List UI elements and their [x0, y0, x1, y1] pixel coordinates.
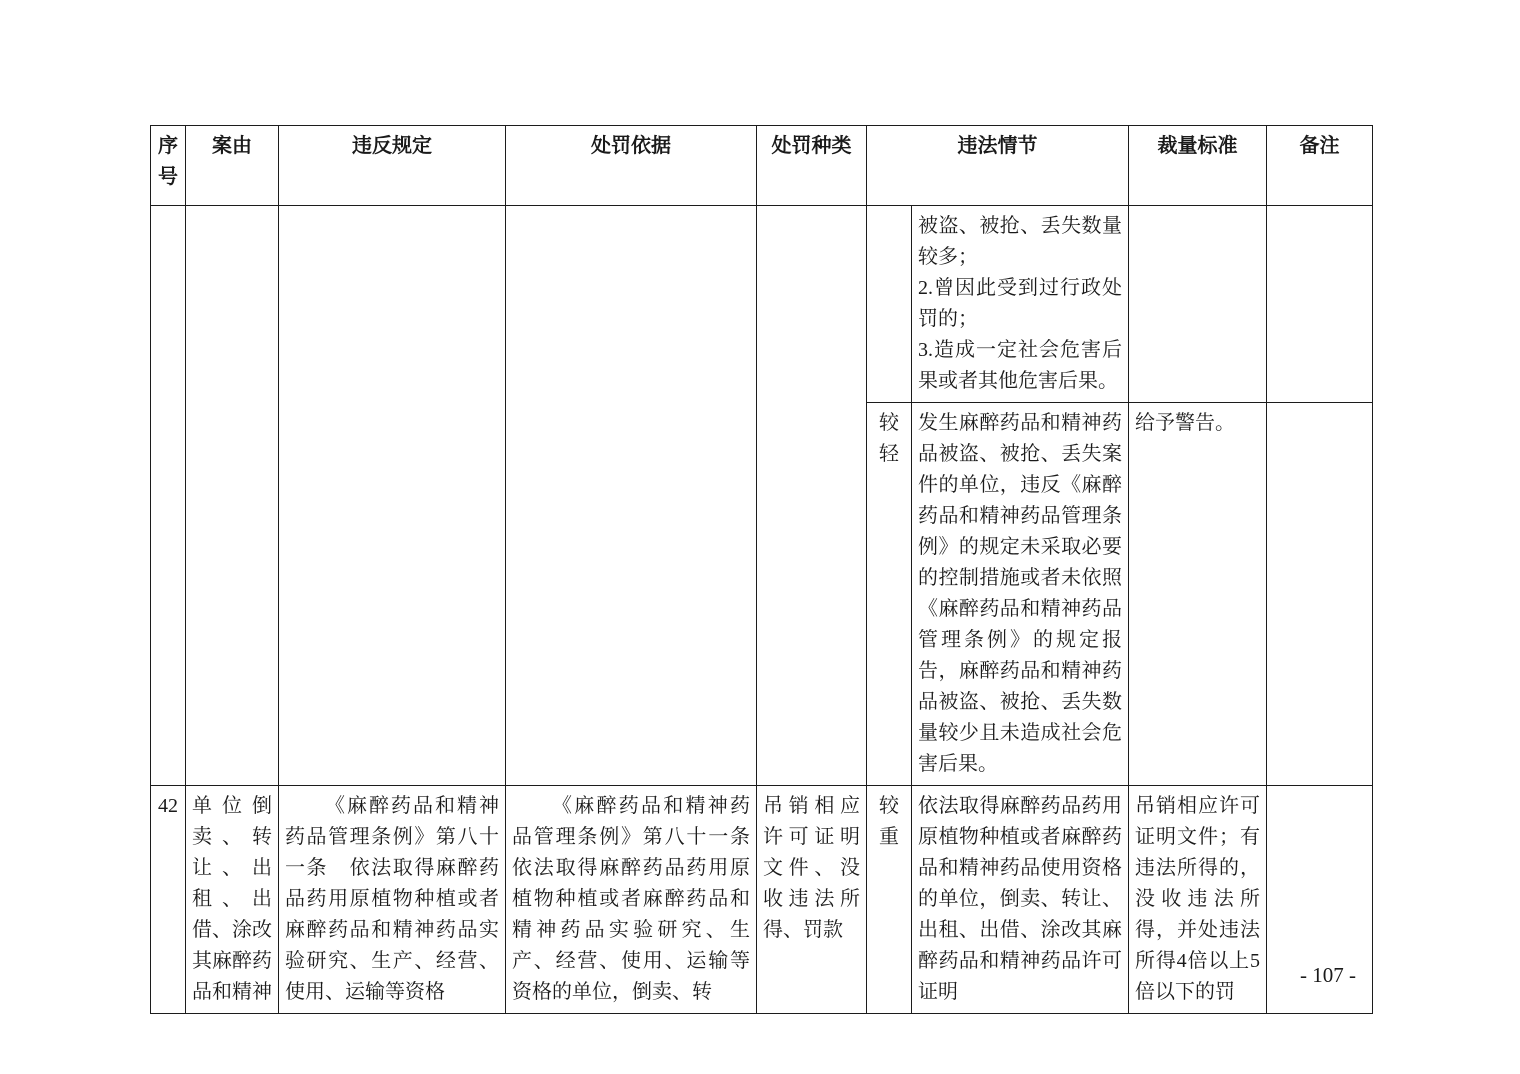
col-header-illegal-circumstance: 违法情节 [867, 126, 1129, 206]
cell-cont-penalty-type-empty [757, 206, 867, 786]
cell-42-circumstance: 依法取得麻醉药品药用原植物种植或者麻醉药品和精神药品使用资格的单位，倒卖、转让、… [912, 786, 1129, 1014]
cell-42-serial: 42 [151, 786, 186, 1014]
cell-cont-severity-empty [867, 206, 912, 403]
cell-cont-penalty-basis-empty [506, 206, 757, 786]
cell-cont-circumstance-part2: 发生麻醉药品和精神药品被盗、被抢、丢失案件的单位，违反《麻醉药品和精神药品管理条… [912, 403, 1129, 786]
col-header-penalty-basis: 处罚依据 [506, 126, 757, 206]
cell-42-penalty-basis: 《麻醉药品和精神药品管理条例》第八十一条 依法取得麻醉药品药用原植物种植或者麻醉… [506, 786, 757, 1014]
col-header-violated-rule: 违反规定 [279, 126, 506, 206]
col-header-remark: 备注 [1267, 126, 1373, 206]
document-page: 序号 案由 违反规定 处罚依据 处罚种类 违法情节 裁量标准 备注 被盗、被抢、… [0, 0, 1520, 1074]
cell-cont-remark2-empty [1267, 403, 1373, 786]
col-header-serial: 序号 [151, 126, 186, 206]
cell-cont-remark-empty [1267, 206, 1373, 403]
col-header-discretion-standard: 裁量标准 [1129, 126, 1267, 206]
col-header-penalty-type: 处罚种类 [757, 126, 867, 206]
continued-row-part1: 被盗、被抢、丢失数量较多； 2.曾因此受到过行政处罚的； 3.造成一定社会危害后… [151, 206, 1373, 403]
cell-42-discretion: 吊销相应许可证明文件；有违法所得的，没收违法所得，并处违法所得4倍以上5倍以下的… [1129, 786, 1267, 1014]
cell-cont-violated-rule-empty [279, 206, 506, 786]
table-header-row: 序号 案由 违反规定 处罚依据 处罚种类 违法情节 裁量标准 备注 [151, 126, 1373, 206]
row-42: 42 单位倒卖、转让、出租、出借、涂改其麻醉药品和精神 《麻醉药品和精神药品管理… [151, 786, 1373, 1014]
page-number: - 107 - [1283, 963, 1373, 988]
cell-cont-cause-empty [186, 206, 279, 786]
penalty-table: 序号 案由 违反规定 处罚依据 处罚种类 违法情节 裁量标准 备注 被盗、被抢、… [150, 125, 1373, 1014]
cell-42-penalty-type: 吊销相应许可证明文件、没收违法所得、罚款 [757, 786, 867, 1014]
cell-cont-serial-empty [151, 206, 186, 786]
cell-cont-discretion-empty [1129, 206, 1267, 403]
cell-cont-severity: 较轻 [867, 403, 912, 786]
cell-42-cause: 单位倒卖、转让、出租、出借、涂改其麻醉药品和精神 [186, 786, 279, 1014]
cell-42-severity: 较重 [867, 786, 912, 1014]
cell-cont-discretion: 给予警告。 [1129, 403, 1267, 786]
cell-cont-circumstance-part1: 被盗、被抢、丢失数量较多； 2.曾因此受到过行政处罚的； 3.造成一定社会危害后… [912, 206, 1129, 403]
cell-42-violated-rule: 《麻醉药品和精神药品管理条例》第八十一条 依法取得麻醉药品药用原植物种植或者麻醉… [279, 786, 506, 1014]
col-header-cause: 案由 [186, 126, 279, 206]
